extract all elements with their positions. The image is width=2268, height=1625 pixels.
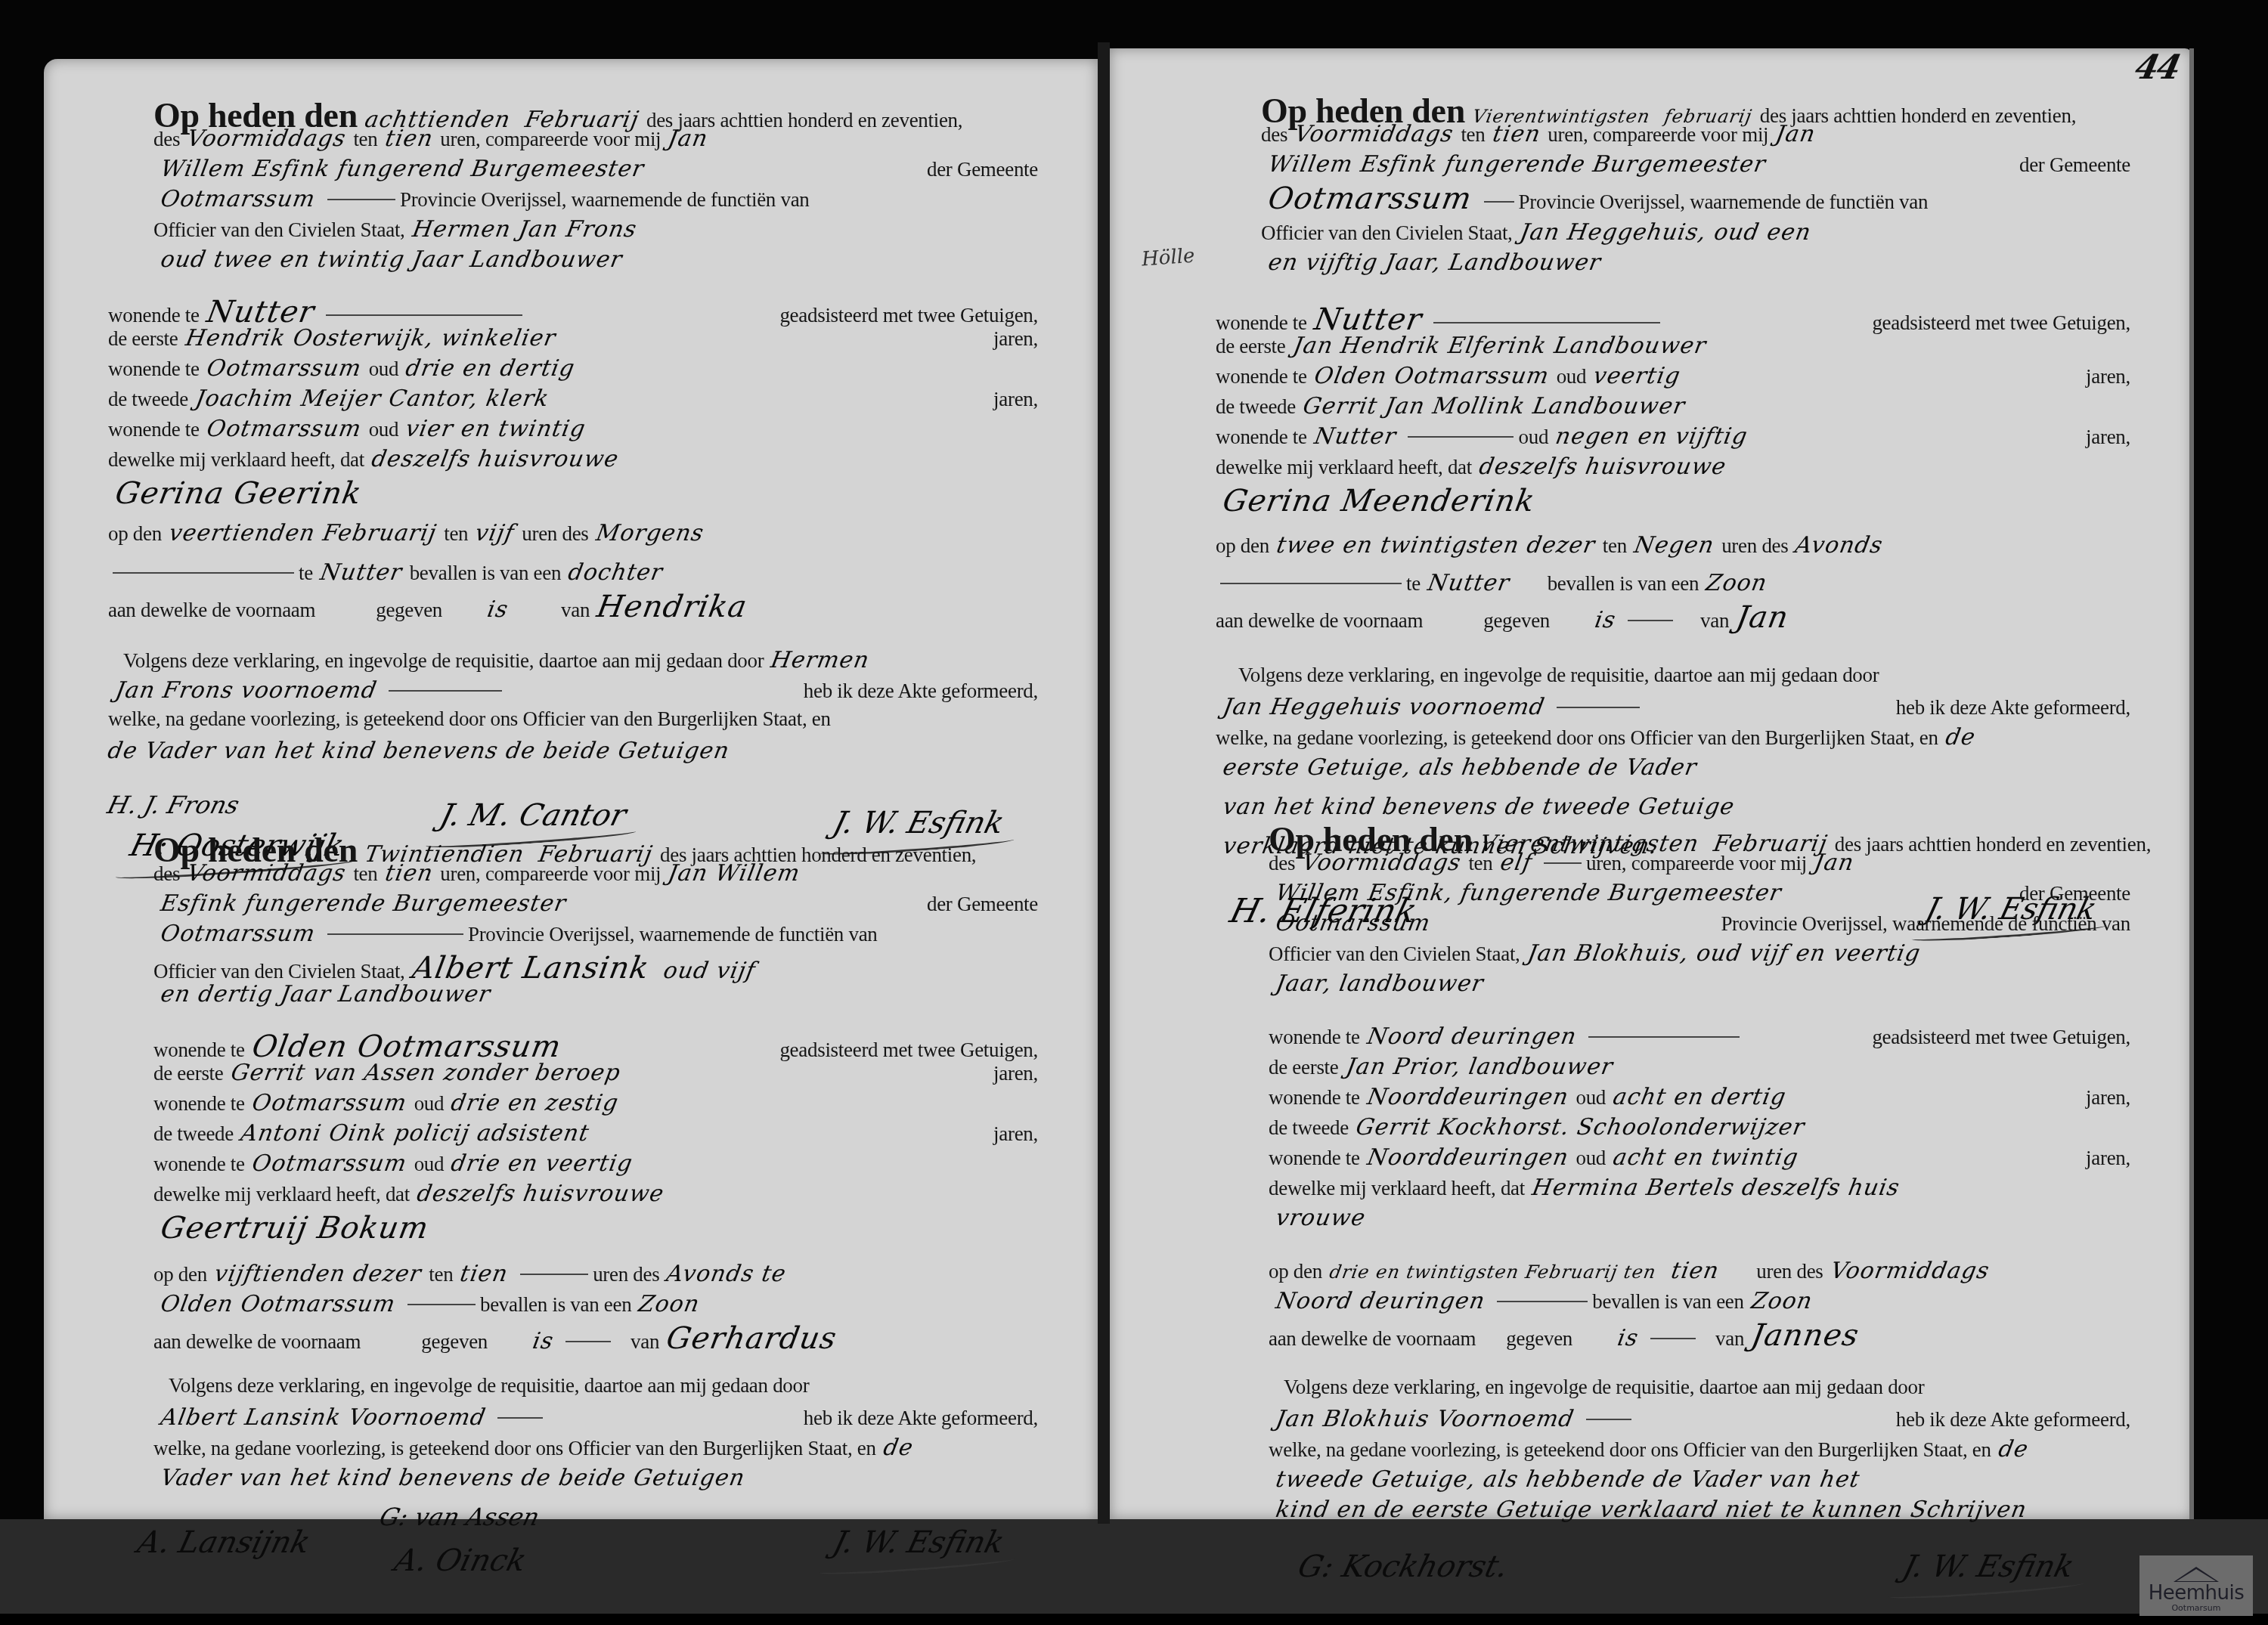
handwritten-daypart: Voormiddags [185, 860, 348, 887]
handwritten-witness: Joachim Meijer Cantor, klerk [194, 385, 551, 412]
signature: A. Oinck [391, 1543, 530, 1578]
printed-text: Officier van den Civielen Staat, [1269, 942, 1520, 966]
printed-text: der Gemeente [2019, 882, 2130, 905]
printed-text: ten [1603, 534, 1627, 558]
handwritten-mother-name: Gerina Meenderink [1220, 484, 1538, 518]
handwritten-declarant-description: en dertig Jaar Landbouwer [159, 981, 493, 1007]
printed-text: oud [1576, 1147, 1606, 1170]
scan-border [0, 1614, 2268, 1625]
handwritten-witness: Gerrit Jan Mollink Landbouwer [1301, 393, 1687, 419]
printed-text: wonende te [1269, 1086, 1360, 1110]
watermark-name: Heemhuis [2149, 1583, 2245, 1603]
printed-text: dewelke mij verklaard heeft, dat [1269, 1177, 1525, 1200]
handwritten-gemeente: Ootmarssum [1266, 181, 1475, 216]
handwritten-hour: tien [1490, 121, 1542, 147]
handwritten-declarant: Hermen Jan Frons [410, 216, 638, 243]
handwritten-requester: Albert Lansink Voornoemd [159, 1404, 488, 1431]
handwritten-child-sex: Zoon [1749, 1288, 1814, 1314]
printed-text: oud [369, 418, 399, 441]
signature: J. W. Esfink [1899, 1549, 2077, 1584]
printed-text: oud [1576, 1086, 1606, 1110]
printed-text: heb ik deze Akte geformeerd, [804, 679, 1038, 703]
left-page: Op heden den achttienden Februarij des j… [44, 59, 1098, 1519]
printed-text: de tweede [153, 1122, 234, 1146]
handwritten-birth-date: vijftienden dezer [212, 1261, 424, 1287]
handwritten-relation: deszelfs huisvrouwe [370, 446, 621, 472]
handwritten-witness: Antoni Oink policij adsistent [239, 1120, 591, 1147]
printed-text: jaren, [993, 388, 1038, 411]
printed-text: bevallen is van een [1548, 572, 1699, 596]
printed-text: de tweede [108, 388, 188, 411]
printed-text: uren, compareerde voor mij [440, 862, 661, 886]
handwritten-closing: tweede Getuige, als hebbende de Vader va… [1274, 1466, 1862, 1493]
handwritten-birth-hour: vijf [473, 520, 516, 546]
printed-text: heb ik deze Akte geformeerd, [804, 1407, 1038, 1430]
printed-text: gegeven [421, 1330, 488, 1354]
handwritten-birth-daypart: Voormiddags [1828, 1258, 1991, 1284]
printed-text: gegeven [1483, 609, 1550, 633]
printed-text: wonende te [108, 357, 200, 381]
handwritten-age: drie en veertig [449, 1150, 635, 1177]
printed-text: op den [153, 1263, 207, 1286]
handwritten-declarant-description: oud twee en twintig Jaar Landbouwer [159, 246, 624, 273]
printed-text: des [153, 128, 180, 151]
printed-text: geadsisteerd met twee Getuigen, [779, 304, 1038, 327]
printed-text: Officier van den Civielen Staat, [1261, 221, 1513, 245]
printed-text: aan dewelke de voornaam [1269, 1327, 1476, 1351]
printed-text: jaren, [993, 1062, 1038, 1085]
handwritten-residence: Ootmarssum [250, 1090, 409, 1116]
printed-text: wonende te [1216, 365, 1307, 388]
printed-text: Provincie Overijssel, waarnemende de fun… [1519, 190, 1929, 214]
handwritten-official: Esfink fungerende Burgemeester [159, 890, 569, 917]
printed-text: ten [444, 522, 468, 546]
heemhuis-watermark: Heemhuis Ootmarsum [2139, 1555, 2253, 1616]
handwritten-age: veertig [1591, 363, 1683, 389]
printed-text: dewelke mij verklaard heeft, dat [153, 1183, 410, 1206]
printed-text: Provincie Overijssel, waarnemende de fun… [1721, 912, 2130, 936]
handwritten-requester: Jan Frons voornoemd [113, 677, 380, 704]
handwritten-witness: Gerrit van Assen zonder beroep [228, 1060, 622, 1086]
handwritten-daypart: Voormiddags [1293, 121, 1455, 147]
handwritten-closing: Vader van het kind benevens de beide Get… [159, 1465, 747, 1491]
printed-text: uren des [593, 1263, 659, 1286]
handwritten-witness: Jan Prior, landbouwer [1343, 1054, 1615, 1080]
printed-text: Provincie Overijssel, waarnemende de fun… [400, 188, 810, 212]
printed-text: wonende te [153, 1153, 245, 1176]
printed-text: van [1700, 609, 1729, 633]
handwritten-relation: deszelfs huisvrouwe [1477, 453, 1728, 480]
handwritten-age: drie en zestig [449, 1090, 621, 1116]
printed-text: Volgens deze verklaring, en ingevolge de… [1284, 1376, 1924, 1399]
printed-text: op den [1269, 1260, 1322, 1283]
printed-text: te [299, 562, 313, 585]
printed-text: jaren, [2086, 1147, 2130, 1170]
printed-text: de eerste [1269, 1056, 1339, 1079]
handwritten-closing: de [881, 1435, 916, 1461]
handwritten-age: vier en twintig [404, 416, 587, 442]
printed-text: welke, na gedane voorlezing, is geteeken… [153, 1437, 876, 1460]
handwritten-residence: Noorddeuringen [1365, 1144, 1571, 1171]
handwritten-birth-date: twee en twintigsten dezer [1275, 532, 1597, 559]
printed-text: wonende te [153, 1092, 245, 1116]
signature: G: Kockhorst. [1294, 1549, 1511, 1584]
margin-note: Hölle [1141, 245, 1195, 271]
printed-text: uren des [522, 522, 588, 546]
printed-text: welke, na gedane voorlezing, is geteeken… [1216, 726, 1938, 750]
handwritten-age: negen en vijftig [1554, 423, 1749, 450]
signature: J. M. Cantor [436, 798, 630, 833]
printed-text: gegeven [1506, 1327, 1572, 1351]
handwritten-closing: eerste Getuige, als hebbende de Vader [1221, 754, 1699, 781]
handwritten-residence: Noorddeuringen [1365, 1084, 1571, 1110]
handwritten-child-sex: Zoon [1704, 570, 1769, 596]
handwritten-hour: tien [383, 860, 435, 887]
printed-text: aan dewelke de voornaam [108, 599, 315, 622]
handwritten-gemeente: Ootmarssum [1274, 910, 1433, 936]
printed-text: de tweede [1269, 1116, 1349, 1140]
handwritten-birth-date: veertienden Februarij [167, 520, 438, 546]
handwritten-requester: Hermen [769, 647, 872, 673]
printed-text: de eerste [108, 327, 178, 351]
printed-text: wonende te [153, 1038, 245, 1062]
book-gutter [1098, 42, 1110, 1524]
printed-text: uren, compareerde voor mij [440, 128, 661, 151]
handwritten-requester: Jan Heggehuis voornoemd [1221, 694, 1547, 720]
printed-text: wonende te [108, 304, 200, 327]
handwritten-requester: Jan Blokhuis Voornoemd [1274, 1406, 1576, 1432]
printed-text: ten [1461, 123, 1485, 147]
handwritten-mother-name: Gerina Geerink [113, 476, 364, 511]
handwritten-child-sex: Zoon [637, 1291, 702, 1317]
handwritten-age: acht en dertig [1611, 1084, 1789, 1110]
printed-text: Officier van den Civielen Staat, [153, 960, 405, 983]
handwritten-official: Jan [1812, 850, 1856, 876]
printed-text: te [1406, 572, 1421, 596]
handwritten-birth-daypart: Avonds [1793, 532, 1885, 559]
printed-text: des [1269, 852, 1295, 875]
handwritten-child-sex: dochter [566, 559, 665, 586]
printed-text: ten [353, 128, 377, 151]
handwritten-birth-place: Nutter [318, 559, 404, 586]
handwritten-daypart: Voormiddags [1300, 850, 1463, 876]
printed-text: der Gemeente [927, 158, 1038, 181]
printed-text: jaren, [993, 1122, 1038, 1146]
printed-text: oud [414, 1153, 445, 1176]
printed-text: van [561, 599, 590, 622]
handwritten-mother-name: Geertruij Bokum [158, 1211, 432, 1246]
printed-text: oud [1557, 365, 1587, 388]
printed-text: der Gemeente [2019, 153, 2130, 177]
handwritten-birth-hour: Negen [1632, 532, 1716, 559]
signatures-record-4: G: Kockhorst. J. W. Esfink [1269, 1527, 2130, 1610]
printed-text: uren, compareerde voor mij [1586, 852, 1807, 875]
printed-text: uren des [1721, 534, 1788, 558]
printed-text: aan dewelke de voornaam [1216, 609, 1423, 633]
printed-text: geadsisteerd met twee Getuigen, [779, 1038, 1038, 1062]
handwritten-declarant-description: oud vijf [661, 958, 758, 984]
handwritten-gemeente: Ootmarssum [159, 921, 318, 947]
printed-text: wonende te [1216, 426, 1307, 449]
handwritten-official: Jan [666, 125, 710, 152]
printed-text: Provincie Overijssel, waarnemende de fun… [468, 923, 878, 946]
handwritten-official: Willem Esfink, fungerende Burgemeester [1274, 880, 1783, 906]
printed-text: welke, na gedane voorlezing, is geteeken… [108, 707, 831, 731]
handwritten-residence: Olden Ootmarssum [1312, 363, 1551, 389]
printed-text: dewelke mij verklaard heeft, dat [1216, 456, 1472, 479]
handwritten-closing: van het kind benevens de tweede Getuige [1221, 794, 1737, 820]
printed-text: ten [1468, 852, 1492, 875]
handwritten-birth-daypart: Avonds te [665, 1261, 789, 1287]
printed-text: bevallen is van een [1592, 1290, 1743, 1314]
printed-text: wonende te [1216, 311, 1307, 335]
handwritten-relation: Hermina Bertels deszelfs huis [1530, 1175, 1902, 1201]
handwritten-closing: kind en de eerste Getuige verklaard niet… [1274, 1497, 2029, 1523]
printed-text: des [1261, 123, 1287, 147]
printed-text: bevallen is van een [480, 1293, 631, 1317]
printed-text: uren, compareerde voor mij [1548, 123, 1768, 147]
printed-text: jaren, [2086, 1086, 2130, 1110]
printed-text: de eerste [1216, 335, 1286, 358]
handwritten-official: Jan Willem [666, 860, 802, 887]
signatures-record-2: A. Lansijnk G: van Assen A. Oinck J. W. … [153, 1495, 1038, 1608]
handwritten-child-name: Jan [1734, 600, 1792, 635]
handwritten-relation: vrouwe [1274, 1205, 1368, 1231]
printed-text: wonende te [1269, 1147, 1360, 1170]
handwritten-age: acht en twintig [1611, 1144, 1801, 1171]
birth-record-4: Op heden den Vierentwintigsten Februarij… [1269, 819, 2130, 1610]
handwritten-residence: Ootmarssum [205, 355, 364, 382]
printed-text: op den [108, 522, 162, 546]
handwritten-residence: Nutter [1312, 423, 1399, 450]
handwritten-official: Willem Esfink fungerend Burgemeester [159, 156, 646, 182]
printed-text: wonende te [1269, 1026, 1360, 1049]
handwritten-declarant-description: Jaar, landbouwer [1274, 970, 1486, 997]
handwritten-birth-hour: tien [1668, 1258, 1721, 1284]
handwritten-birth-daypart: Morgens [593, 520, 705, 546]
signature: G: van Assen [376, 1503, 542, 1531]
printed-text: oud [1518, 426, 1548, 449]
handwritten-daypart: Voormiddags [185, 125, 348, 152]
printed-text: Volgens deze verklaring, en ingevolge de… [123, 649, 764, 673]
handwritten-closing: de [1944, 724, 1978, 751]
page-edge [2189, 48, 2194, 1519]
printed-text: van [1715, 1327, 1744, 1351]
birth-record-1: Op heden den achttienden Februarij des j… [153, 95, 1038, 881]
right-page: 44 Hölle Op heden den Vierentwintigsten … [1110, 48, 2192, 1519]
printed-text: gegeven [376, 599, 442, 622]
printed-text: de tweede [1216, 395, 1296, 419]
handwritten-closing: de [1997, 1436, 2031, 1462]
printed-text: ten [429, 1263, 453, 1286]
handwritten-witness: Gerrit Kockhorst. Schoolonderwijzer [1354, 1114, 1807, 1141]
handwritten-witness: Hendrik Oosterwijk, winkelier [183, 325, 557, 351]
printed-text: ten [353, 862, 377, 886]
handwritten-official: Jan [1774, 121, 1817, 147]
folio-number: 44 [2131, 48, 2183, 87]
handwritten-relation: deszelfs huisvrouwe [415, 1181, 666, 1207]
watermark-place: Ootmarsum [2171, 1603, 2220, 1613]
handwritten-birth-place: Noord deuringen [1274, 1288, 1487, 1314]
printed-text: dewelke mij verklaard heeft, dat [108, 448, 364, 472]
printed-text: geadsisteerd met twee Getuigen, [1872, 1026, 2130, 1049]
handwritten-birth-date: drie en twintigsten Februarij ten [1328, 1261, 1657, 1283]
printed-text: heb ik deze Akte geformeerd, [1896, 696, 2130, 720]
handwritten-birth-place: Olden Ootmarssum [159, 1291, 398, 1317]
handwritten-child-name: Hendrika [594, 590, 750, 624]
handwritten-official: Willem Esfink fungerende Burgemeester [1266, 151, 1768, 178]
printed-text: Volgens deze verklaring, en ingevolge de… [1238, 664, 1879, 687]
printed-text: oud [414, 1092, 445, 1116]
handwritten-declarant: Jan Blokhuis, oud vijf en veertig [1525, 940, 1922, 967]
printed-text: jaren, [2086, 365, 2130, 388]
printed-text: uren des [1756, 1260, 1823, 1283]
handwritten-birth-place: Nutter [1426, 570, 1512, 596]
printed-text: Officier van den Civielen Staat, [153, 218, 405, 242]
printed-text: de eerste [153, 1062, 224, 1085]
handwritten-birth-hour: tien [458, 1261, 510, 1287]
printed-text: geadsisteerd met twee Getuigen, [1872, 311, 2130, 335]
printed-text: jaren, [2086, 426, 2130, 449]
printed-text: van [631, 1330, 659, 1354]
printed-text: aan dewelke de voornaam [153, 1330, 361, 1354]
handwritten-hour: tien [383, 125, 435, 152]
signature: H. J. Frons [104, 791, 242, 819]
printed-text: welke, na gedane voorlezing, is geteeken… [1269, 1438, 1991, 1462]
printed-text: heb ik deze Akte geformeerd, [1896, 1408, 2130, 1432]
handwritten-witness: Jan Hendrik Elferink Landbouwer [1290, 333, 1708, 359]
handwritten-residence: Ootmarssum [250, 1150, 409, 1177]
handwritten-residence: Noord deuringen [1365, 1023, 1579, 1050]
handwritten-closing: de Vader van het kind benevens de beide … [106, 738, 732, 764]
house-roof-icon [2173, 1567, 2219, 1582]
printed-text: der Gemeente [927, 893, 1038, 916]
handwritten-age: drie en dertig [404, 355, 577, 382]
handwritten-residence: Ootmarssum [205, 416, 364, 442]
printed-text: bevallen is van een [410, 562, 561, 585]
printed-text: oud [369, 357, 399, 381]
printed-text: wonende te [108, 418, 200, 441]
handwritten-child-name: Jannes [1749, 1318, 1862, 1353]
printed-text: jaren, [993, 327, 1038, 351]
handwritten-gemeente: Ootmarssum [159, 186, 318, 212]
handwritten-declarant-description: en vijftig Jaar, Landbouwer [1266, 249, 1603, 276]
printed-text: des [153, 862, 180, 886]
printed-text: op den [1216, 534, 1269, 558]
handwritten-hour: elf [1498, 850, 1534, 876]
handwritten-declarant: Jan Heggehuis, oud een [1517, 219, 1813, 246]
signature: J. W. Esfink [829, 1525, 1008, 1560]
handwritten-child-name: Gerhardus [664, 1321, 839, 1356]
printed-text: Volgens deze verklaring, en ingevolge de… [169, 1374, 809, 1397]
signature: A. Lansijnk [134, 1525, 314, 1560]
birth-record-2: Op heden den Twintiendien Februarij des … [153, 830, 1038, 1608]
